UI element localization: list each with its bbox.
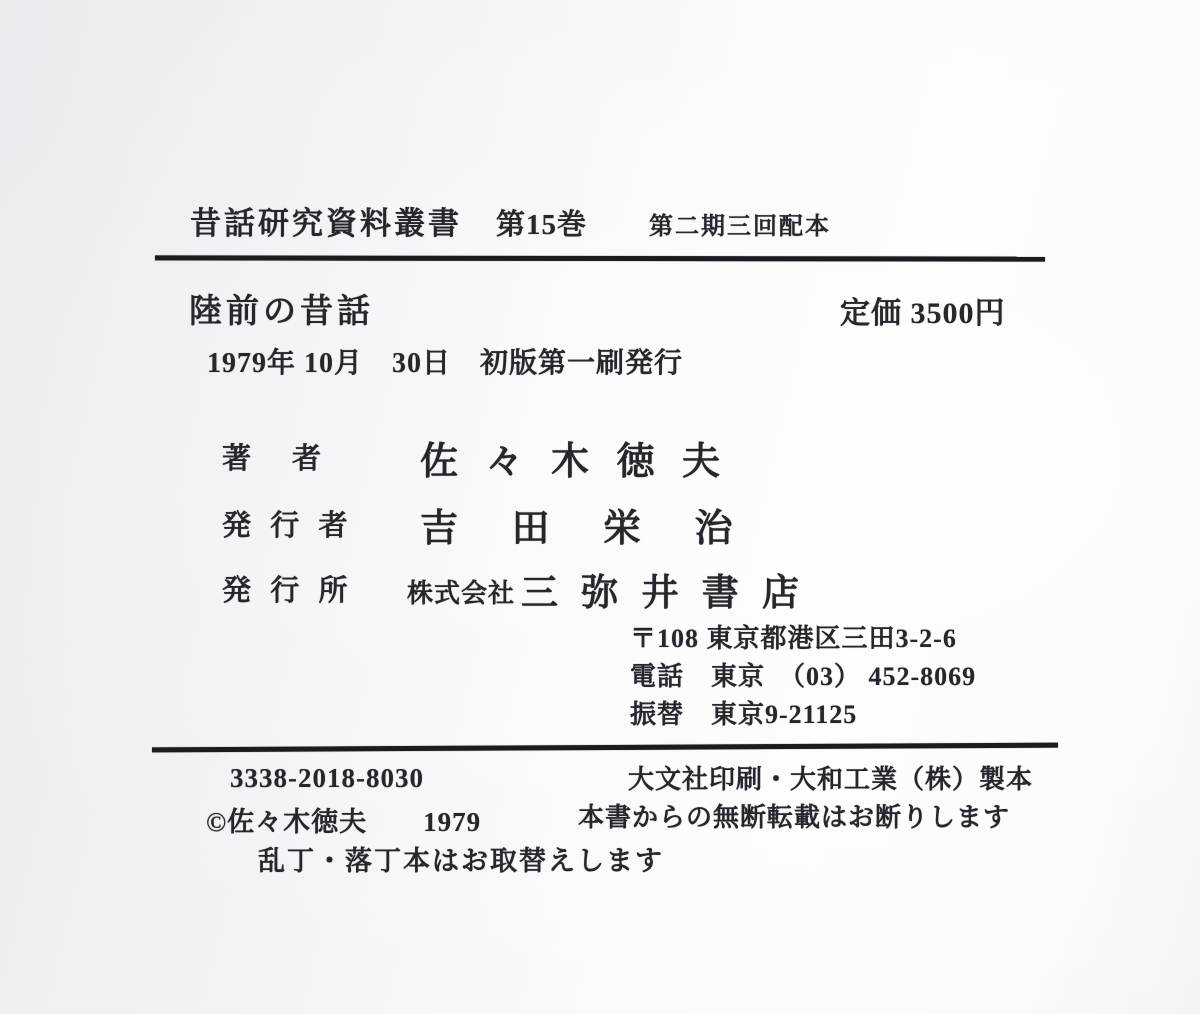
- divider-bottom-rule: [152, 743, 1058, 753]
- publishing-office-name: 株式会社三 弥 井 書 店: [407, 562, 804, 616]
- publishing-office-company: 三 弥 井 書 店: [521, 573, 804, 614]
- divider-top-rule: [155, 255, 1045, 261]
- copyright-notice: ©佐々木徳夫 1979: [206, 800, 481, 839]
- publisher-postal-transfer: 振替 東京9-21125: [630, 696, 976, 734]
- publisher-phone: 電話 東京 （03） 452-8069: [630, 658, 976, 696]
- book-title: 陸前の昔話: [189, 285, 374, 332]
- publisher-address: 〒108 東京都港区三田3-2-6: [630, 620, 976, 658]
- author-name: 佐 々 木 徳 夫: [420, 430, 729, 485]
- defective-copy-exchange-notice: 乱丁・落丁本はお取替えします: [258, 839, 664, 878]
- printer-binder-credit: 大文社印刷・大和工業（株）製本: [628, 759, 1033, 796]
- publishing-office-label: 発 行 所: [222, 568, 354, 609]
- book-code: 3338-2018-8030: [230, 763, 424, 794]
- corporation-prefix: 株式会社: [407, 579, 515, 608]
- publisher-label: 発 行 者: [222, 503, 354, 544]
- no-reproduction-notice: 本書からの無断転載はお断りします: [578, 797, 1010, 834]
- publisher-contact-block: 〒108 東京都港区三田3-2-6 電話 東京 （03） 452-8069 振替…: [630, 620, 976, 734]
- price-label: 定価 3500円: [840, 288, 1006, 332]
- series-header-line: 昔話研究資料叢書 第15巻 第二期三回配本: [190, 198, 831, 243]
- book-colophon-page: 昔話研究資料叢書 第15巻 第二期三回配本 陸前の昔話 定価 3500円 197…: [0, 0, 1200, 1014]
- series-installment: 第二期三回配本: [649, 206, 831, 241]
- series-volume: 第15巻: [496, 202, 587, 243]
- publisher-name: 吉 田 栄 治: [420, 497, 742, 552]
- edition-date: 1979年 10月 30日 初版第一刷発行: [207, 341, 683, 381]
- author-label: 著 者: [222, 436, 327, 477]
- series-title: 昔話研究資料叢書: [190, 198, 462, 243]
